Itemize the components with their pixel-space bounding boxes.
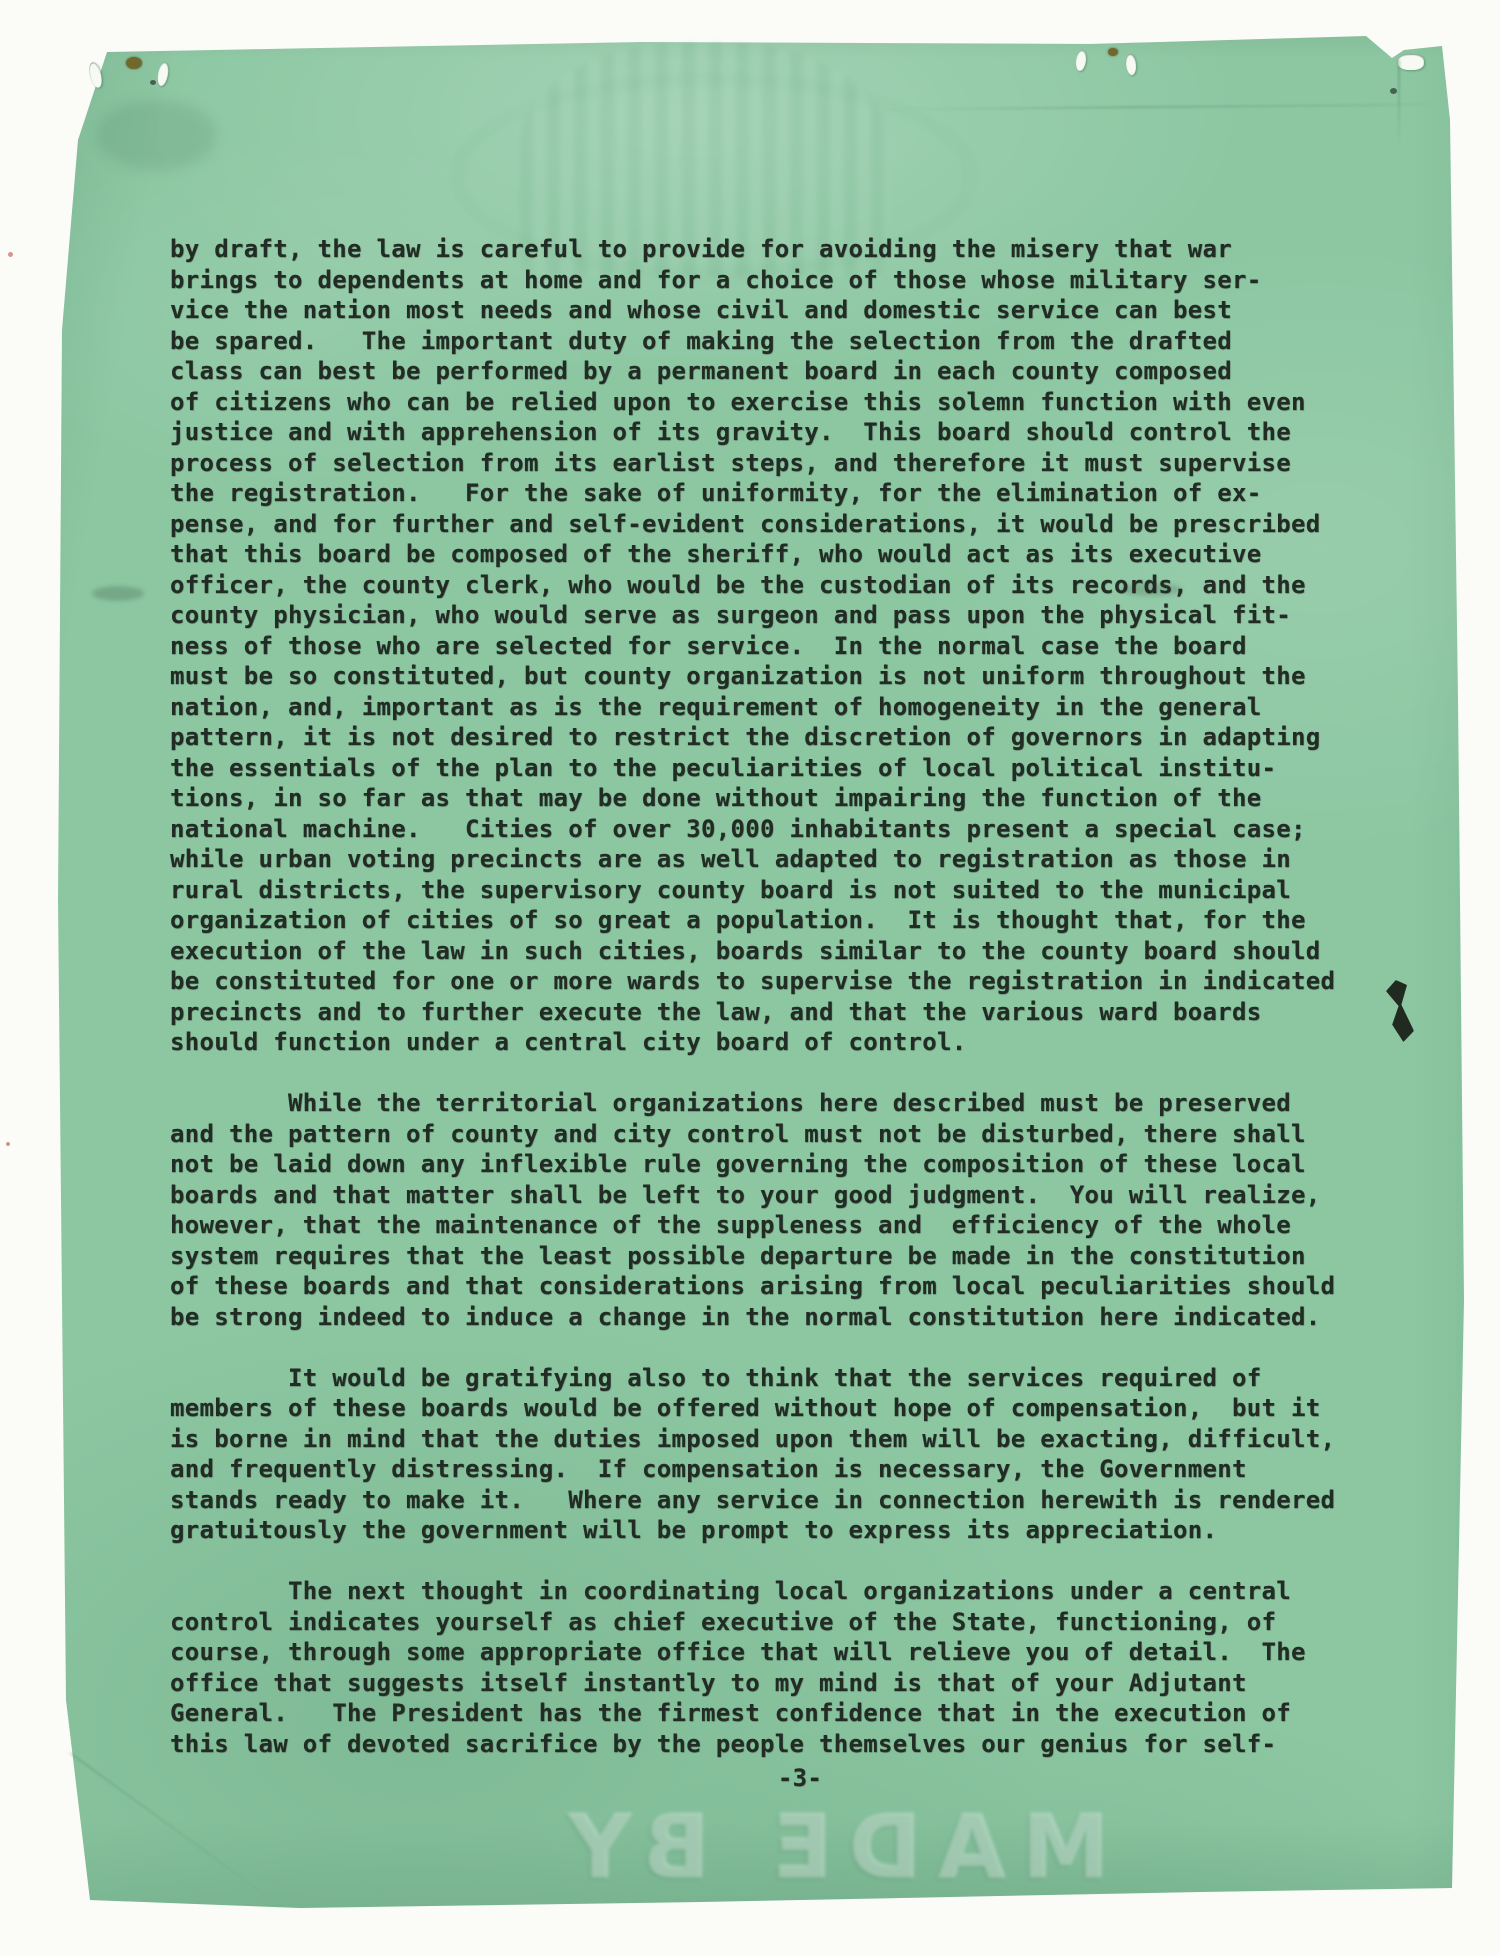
text-line: not be laid down any inflexible rule gov…	[170, 1149, 1420, 1180]
text-line: the registration. For the sake of unifor…	[170, 478, 1420, 509]
page-number: -3-	[720, 1764, 880, 1792]
text-line: General. The President has the firmest c…	[170, 1698, 1420, 1729]
text-line: is borne in mind that the duties imposed…	[170, 1424, 1420, 1455]
text-line: control indicates yourself as chief exec…	[170, 1607, 1420, 1638]
staple-rust-speck	[126, 57, 142, 69]
text-line: members of these boards would be offered…	[170, 1393, 1420, 1424]
staple-shadow-speck	[150, 80, 156, 85]
text-line: gratuitously the government will be prom…	[170, 1515, 1420, 1546]
text-line: office that suggests itself instantly to…	[170, 1668, 1420, 1699]
text-line: boards and that matter shall be left to …	[170, 1180, 1420, 1211]
text-line: The next thought in coordinating local o…	[170, 1576, 1420, 1607]
text-line: While the territorial organizations here…	[170, 1088, 1420, 1119]
text-line: however, that the maintenance of the sup…	[170, 1210, 1420, 1241]
text-line: organization of cities of so great a pop…	[170, 905, 1420, 936]
text-line: class can best be performed by a permane…	[170, 356, 1420, 387]
text-line: of citizens who can be relied upon to ex…	[170, 387, 1420, 418]
text-line: be strong indeed to induce a change in t…	[170, 1302, 1420, 1333]
staple-shadow-speck	[1390, 88, 1397, 94]
text-line: county physician, who would serve as sur…	[170, 600, 1420, 631]
paragraph: by draft, the law is careful to provide …	[170, 234, 1420, 1058]
text-line: system requires that the least possible …	[170, 1241, 1420, 1272]
text-line: national machine. Cities of over 30,000 …	[170, 814, 1420, 845]
text-line: and the pattern of county and city contr…	[170, 1119, 1420, 1150]
text-line: should function under a central city boa…	[170, 1027, 1420, 1058]
staple-rust-speck	[1108, 48, 1118, 56]
text-line: by draft, the law is careful to provide …	[170, 234, 1420, 265]
paragraph: The next thought in coordinating local o…	[170, 1576, 1420, 1759]
text-line: tions, in so far as that may be done wit…	[170, 783, 1420, 814]
text-line: vice the nation most needs and whose civ…	[170, 295, 1420, 326]
text-line: while urban voting precincts are as well…	[170, 844, 1420, 875]
scan-background: by draft, the law is careful to provide …	[0, 0, 1500, 1956]
paragraph: While the territorial organizations here…	[170, 1088, 1420, 1332]
text-line: must be so constituted, but county organ…	[170, 661, 1420, 692]
margin-speck	[6, 1142, 10, 1146]
text-line: be spared. The important duty of making …	[170, 326, 1420, 357]
typed-text: by draft, the law is careful to provide …	[170, 234, 1420, 1759]
text-line: precincts and to further execute the law…	[170, 997, 1420, 1028]
text-line: that this board be composed of the sheri…	[170, 539, 1420, 570]
text-line: and frequently distressing. If compensat…	[170, 1454, 1420, 1485]
text-line: execution of the law in such cities, boa…	[170, 936, 1420, 967]
text-line: It would be gratifying also to think tha…	[170, 1363, 1420, 1394]
text-line: stands ready to make it. Where any servi…	[170, 1485, 1420, 1516]
paragraph: It would be gratifying also to think tha…	[170, 1363, 1420, 1546]
text-line: of these boards and that considerations …	[170, 1271, 1420, 1302]
text-line: the essentials of the plan to the peculi…	[170, 753, 1420, 784]
text-line: rural districts, the supervisory county …	[170, 875, 1420, 906]
text-line: course, through some appropriate office …	[170, 1637, 1420, 1668]
text-line: pense, and for further and self-evident …	[170, 509, 1420, 540]
text-line: process of selection from its earlist st…	[170, 448, 1420, 479]
text-line: officer, the county clerk, who would be …	[170, 570, 1420, 601]
text-line: this law of devoted sacrifice by the peo…	[170, 1729, 1420, 1760]
text-line: nation, and, important as is the require…	[170, 692, 1420, 723]
text-line: justice and with apprehension of its gra…	[170, 417, 1420, 448]
margin-speck	[8, 252, 13, 257]
text-line: be constituted for one or more wards to …	[170, 966, 1420, 997]
text-line: brings to dependents at home and for a c…	[170, 265, 1420, 296]
text-line: ness of those who are selected for servi…	[170, 631, 1420, 662]
text-line: pattern, it is not desired to restrict t…	[170, 722, 1420, 753]
corner-tear	[1398, 54, 1424, 70]
